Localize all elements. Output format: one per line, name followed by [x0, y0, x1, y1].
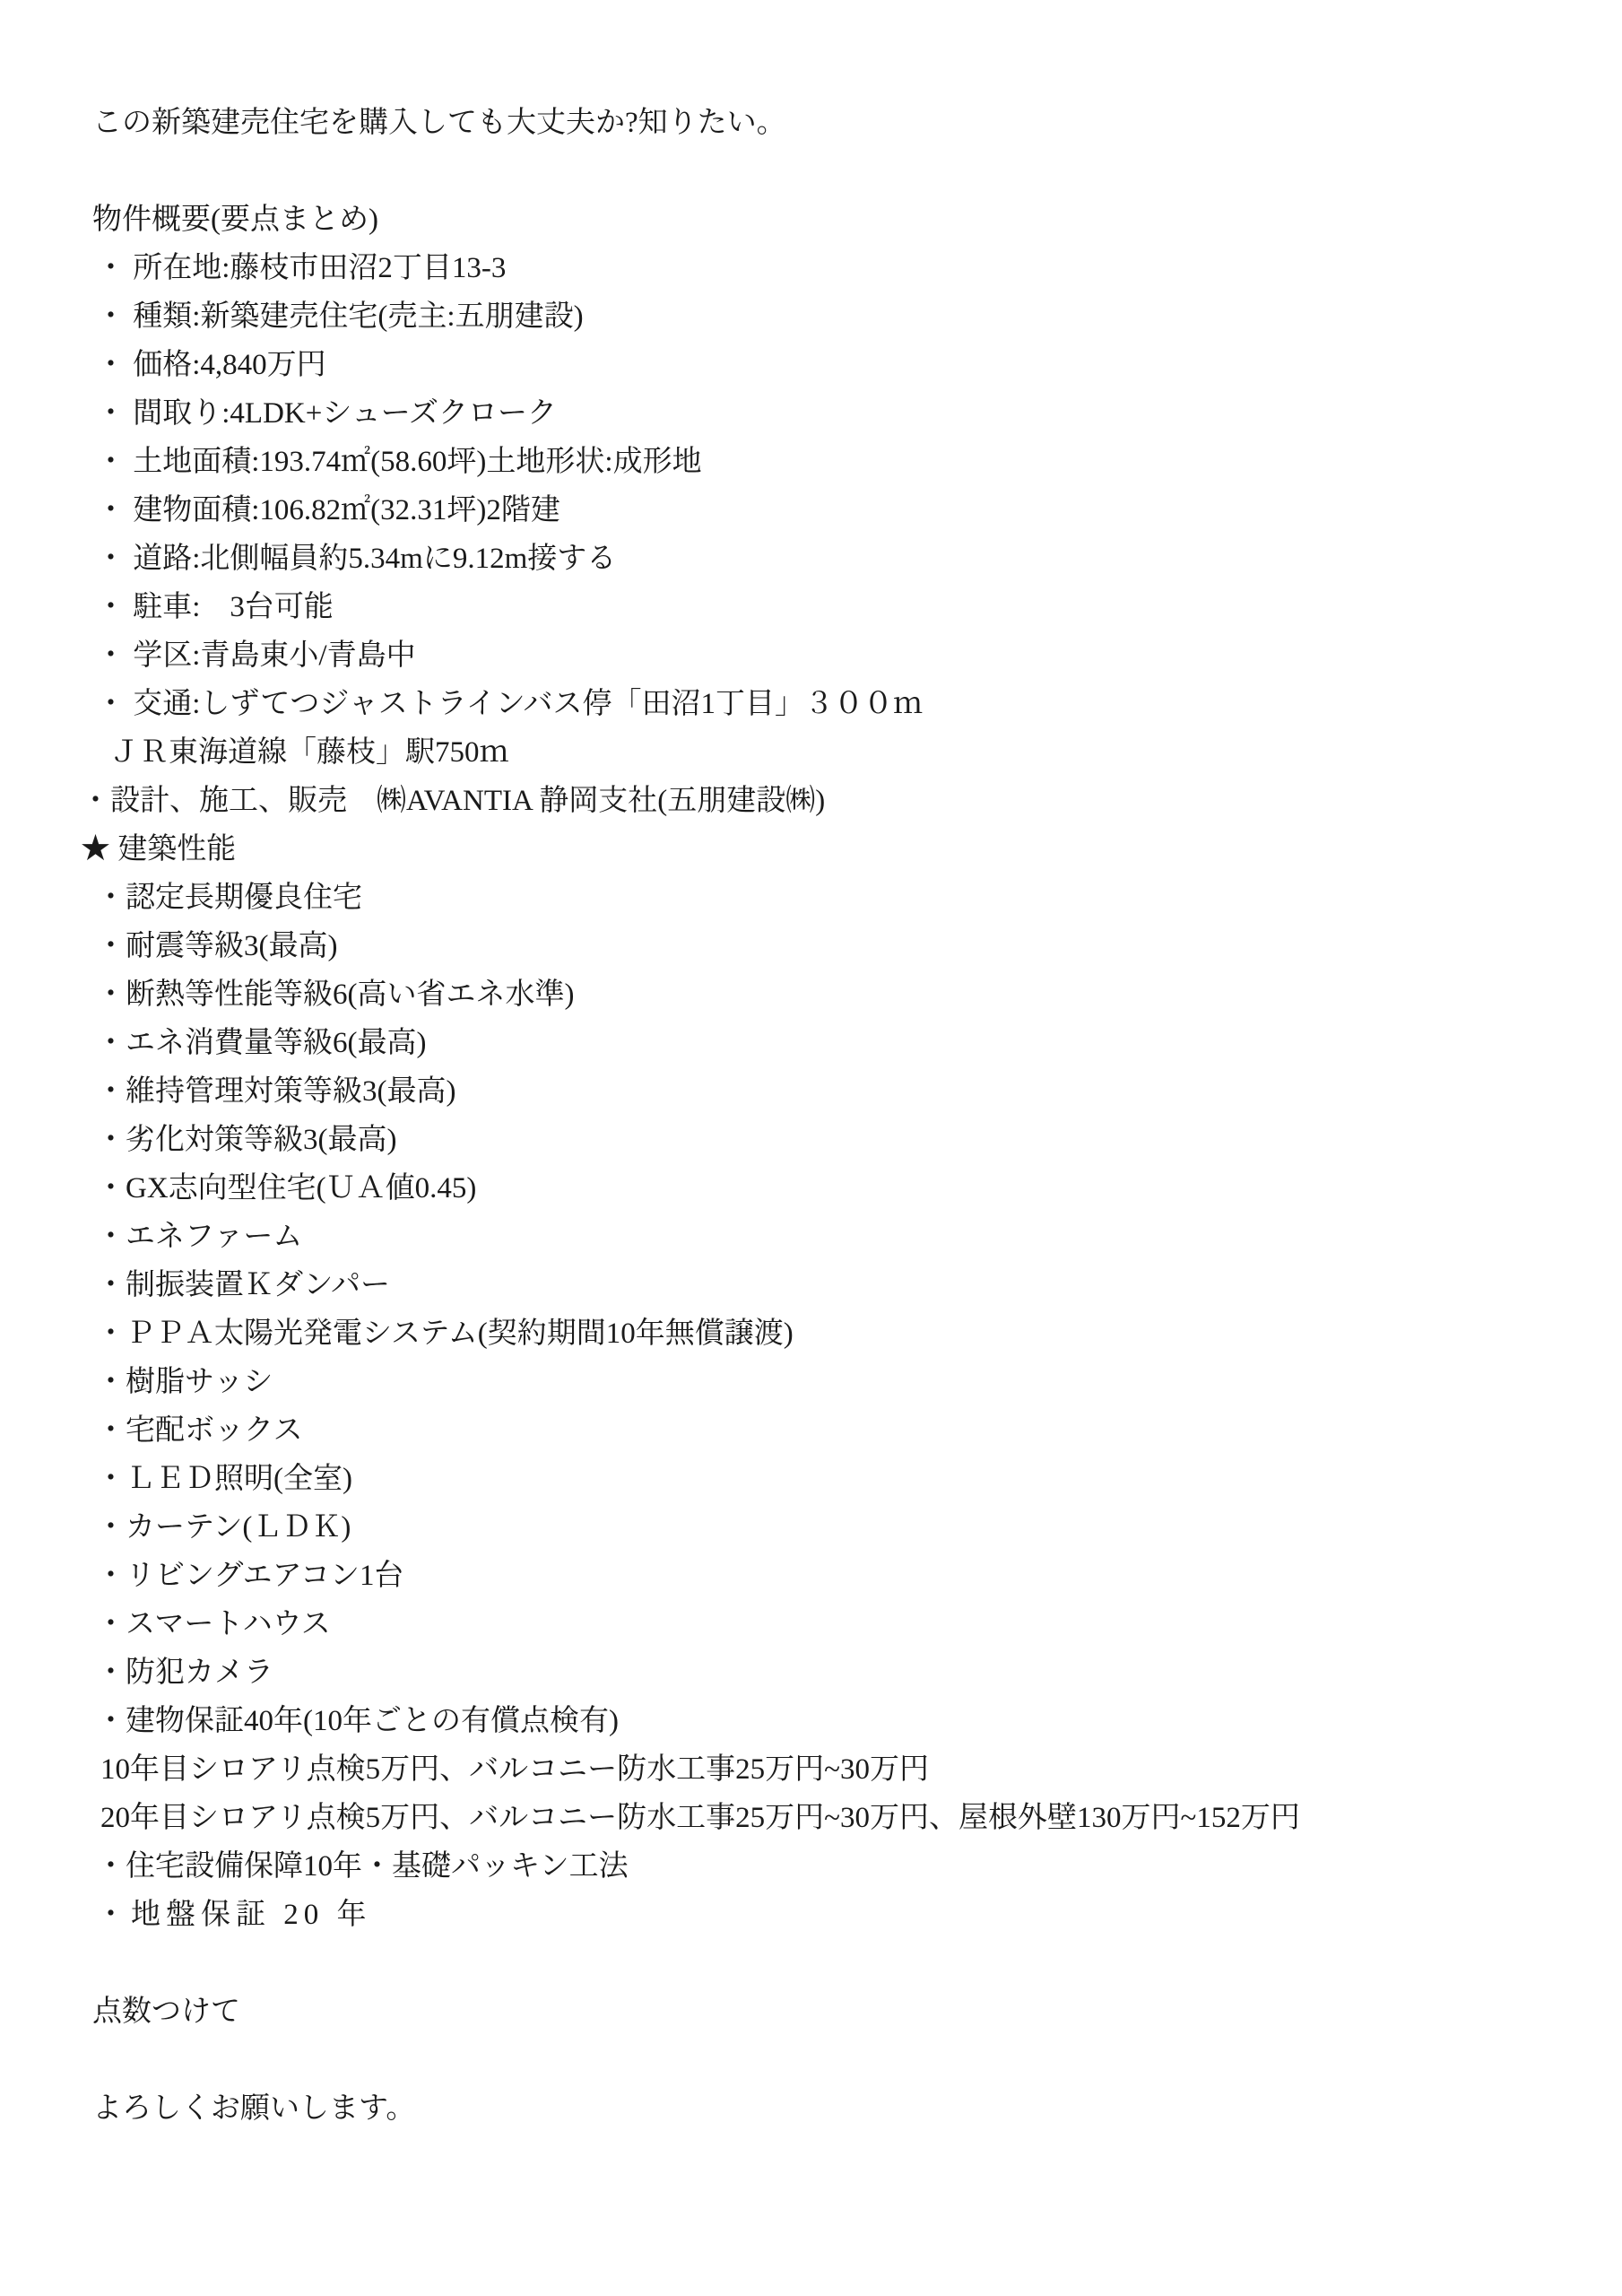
text-line-perf-item: ・建物保証40年(10年ごとの有償点検有) — [96, 1697, 1586, 1745]
text-line-perf-item: ・断熱等性能等級6(高い省エネ水準) — [96, 970, 1586, 1019]
text-line-transit: ＪＲ東海道線「藤枝」駅750ｍ — [109, 728, 1586, 777]
text-line-overview-item: ・ 駐車: 3台可能 — [96, 583, 1586, 631]
text-line-overview-item: ・ 種類:新築建売住宅(売主:五朋建設) — [96, 292, 1586, 341]
text-line-overview-item: ・ 交通:しずてつジャストラインバス停「田沼1丁目」３００ｍ — [96, 680, 1586, 728]
text-line-perf-item: ・認定長期優良住宅 — [96, 874, 1586, 922]
text-line-perf-item: ・エネ消費量等級6(最高) — [96, 1019, 1586, 1067]
text-line-overview-item: ・ 道路:北側幅員約5.34mに9.12m接する — [96, 535, 1586, 583]
text-line-overview-item: ・ 間取り:4LDK+シューズクローク — [96, 389, 1586, 438]
text-line-design: ・設計、施工、販売 ㈱AVANTIA 静岡支社(五朋建設㈱) — [81, 777, 1586, 825]
text-line-intro: この新築建売住宅を購入しても大丈夫か?知りたい。 — [92, 99, 1586, 147]
text-line-perf-item: ・スマートハウス — [96, 1600, 1586, 1648]
text-line-perf-item: ・住宅設備保障10年・基礎パッキン工法 — [96, 1842, 1586, 1891]
blank-line — [81, 2036, 1586, 2084]
text-line-perf-item: ・制振装置Ｋダンパー — [96, 1261, 1586, 1309]
document-page: この新築建売住宅を購入しても大丈夫か?知りたい。 物件概要(要点まとめ)・ 所在… — [0, 0, 1622, 2296]
text-line-overview-item: ・ 価格:4,840万円 — [96, 341, 1586, 389]
text-line-overview-item: ・ 所在地:藤枝市田沼2丁目13-3 — [96, 244, 1586, 292]
text-line-perf-item: ・GX志向型住宅(ＵＡ値0.45) — [96, 1164, 1586, 1213]
text-line-perf-item: ・維持管理対策等級3(最高) — [96, 1067, 1586, 1116]
text-line-overview-item: ・ 建物面積:106.82㎡(32.31坪)2階建 — [96, 486, 1586, 535]
text-line-perf-item: ・耐震等級3(最高) — [96, 922, 1586, 970]
text-line-heading: 物件概要(要点まとめ) — [92, 196, 1586, 244]
text-line-perf-item: ・ＰＰＡ太陽光発電システム(契約期間10年無償譲渡) — [96, 1309, 1586, 1358]
text-line-perf-item: ・エネファーム — [96, 1213, 1586, 1261]
text-line-perf-item: ・リビングエアコン1台 — [96, 1552, 1586, 1600]
text-line-overview-item: ・ 土地面積:193.74㎡(58.60坪)土地形状:成形地 — [96, 438, 1586, 486]
text-line-perf-item: ・劣化対策等級3(最高) — [96, 1116, 1586, 1164]
text-line-perf-item: ・樹脂サッシ — [96, 1358, 1586, 1406]
text-line-perf-item: ・カーテン(ＬＤＫ) — [96, 1503, 1586, 1552]
text-line-perf-item: ・ＬＥＤ照明(全室) — [96, 1455, 1586, 1503]
text-line-note: 10年目シロアリ点検5万円、バルコニー防水工事25万円~30万円 — [100, 1745, 1586, 1794]
text-line-perf-item: ・防犯カメラ — [96, 1648, 1586, 1697]
document-body: この新築建売住宅を購入しても大丈夫か?知りたい。 物件概要(要点まとめ)・ 所在… — [81, 99, 1586, 2133]
blank-line — [81, 147, 1586, 196]
text-line-perf-heading: ★ 建築性能 — [81, 825, 1586, 874]
text-line-note: 20年目シロアリ点検5万円、バルコニー防水工事25万円~30万円、屋根外壁130… — [100, 1794, 1586, 1842]
text-line-perf-item: ・宅配ボックス — [96, 1406, 1586, 1455]
blank-line — [81, 1939, 1586, 1987]
text-line-closing: よろしくお願いします。 — [92, 2084, 1586, 2133]
text-line-overview-item: ・ 学区:青島東小/青島中 — [96, 631, 1586, 680]
text-line-perf-item-spaced: ・地盤保証 20 年 — [96, 1891, 1586, 1939]
text-line-closing: 点数つけて — [92, 1987, 1586, 2036]
